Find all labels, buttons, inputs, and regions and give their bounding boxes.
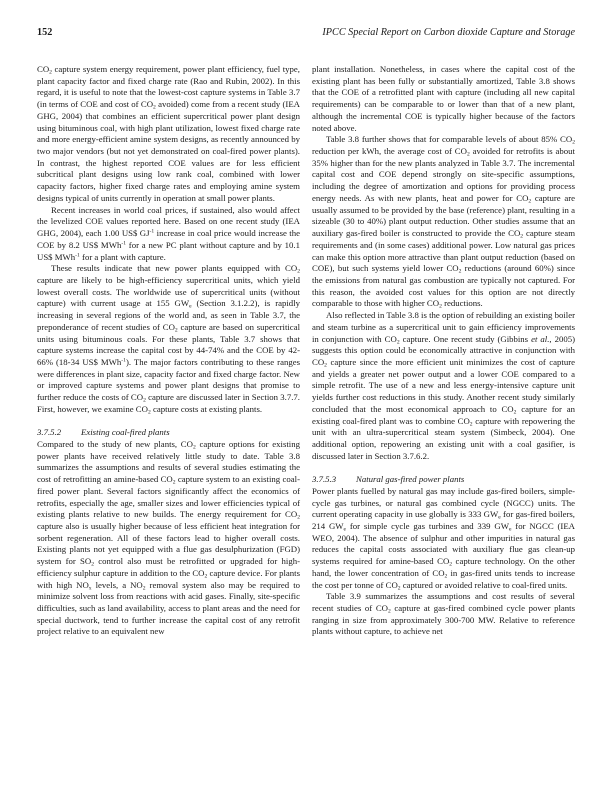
right-column: plant installation. Nonetheless, in case… [312,64,575,638]
left-column: CO2 capture system energy requirement, p… [37,64,300,638]
body-paragraph: Recent increases in world coal prices, i… [37,205,300,264]
running-title: IPCC Special Report on Carbon dioxide Ca… [322,27,575,38]
section-number: 3.7.5.2 [37,427,81,439]
body-paragraph: Power plants fuelled by natural gas may … [312,486,575,591]
page-header: 152 IPCC Special Report on Carbon dioxid… [37,27,575,41]
body-paragraph: Also reflected in Table 3.8 is the optio… [312,310,575,462]
body-paragraph: These results indicate that new power pl… [37,263,300,415]
page-number: 152 [37,27,52,38]
body-paragraph: Table 3.8 further shows that for compara… [312,134,575,310]
body-paragraph: Table 3.9 summarizes the assumptions and… [312,591,575,638]
body-paragraph: CO2 capture system energy requirement, p… [37,64,300,205]
section-number: 3.7.5.3 [312,474,356,486]
section-heading: 3.7.5.3Natural gas-fired power plants [312,474,575,486]
section-title: Existing coal-fired plants [81,427,170,437]
body-paragraph: Compared to the study of new plants, CO2… [37,439,300,638]
section-heading: 3.7.5.2Existing coal-fired plants [37,427,300,439]
body-paragraph: plant installation. Nonetheless, in case… [312,64,575,134]
section-title: Natural gas-fired power plants [356,474,464,484]
